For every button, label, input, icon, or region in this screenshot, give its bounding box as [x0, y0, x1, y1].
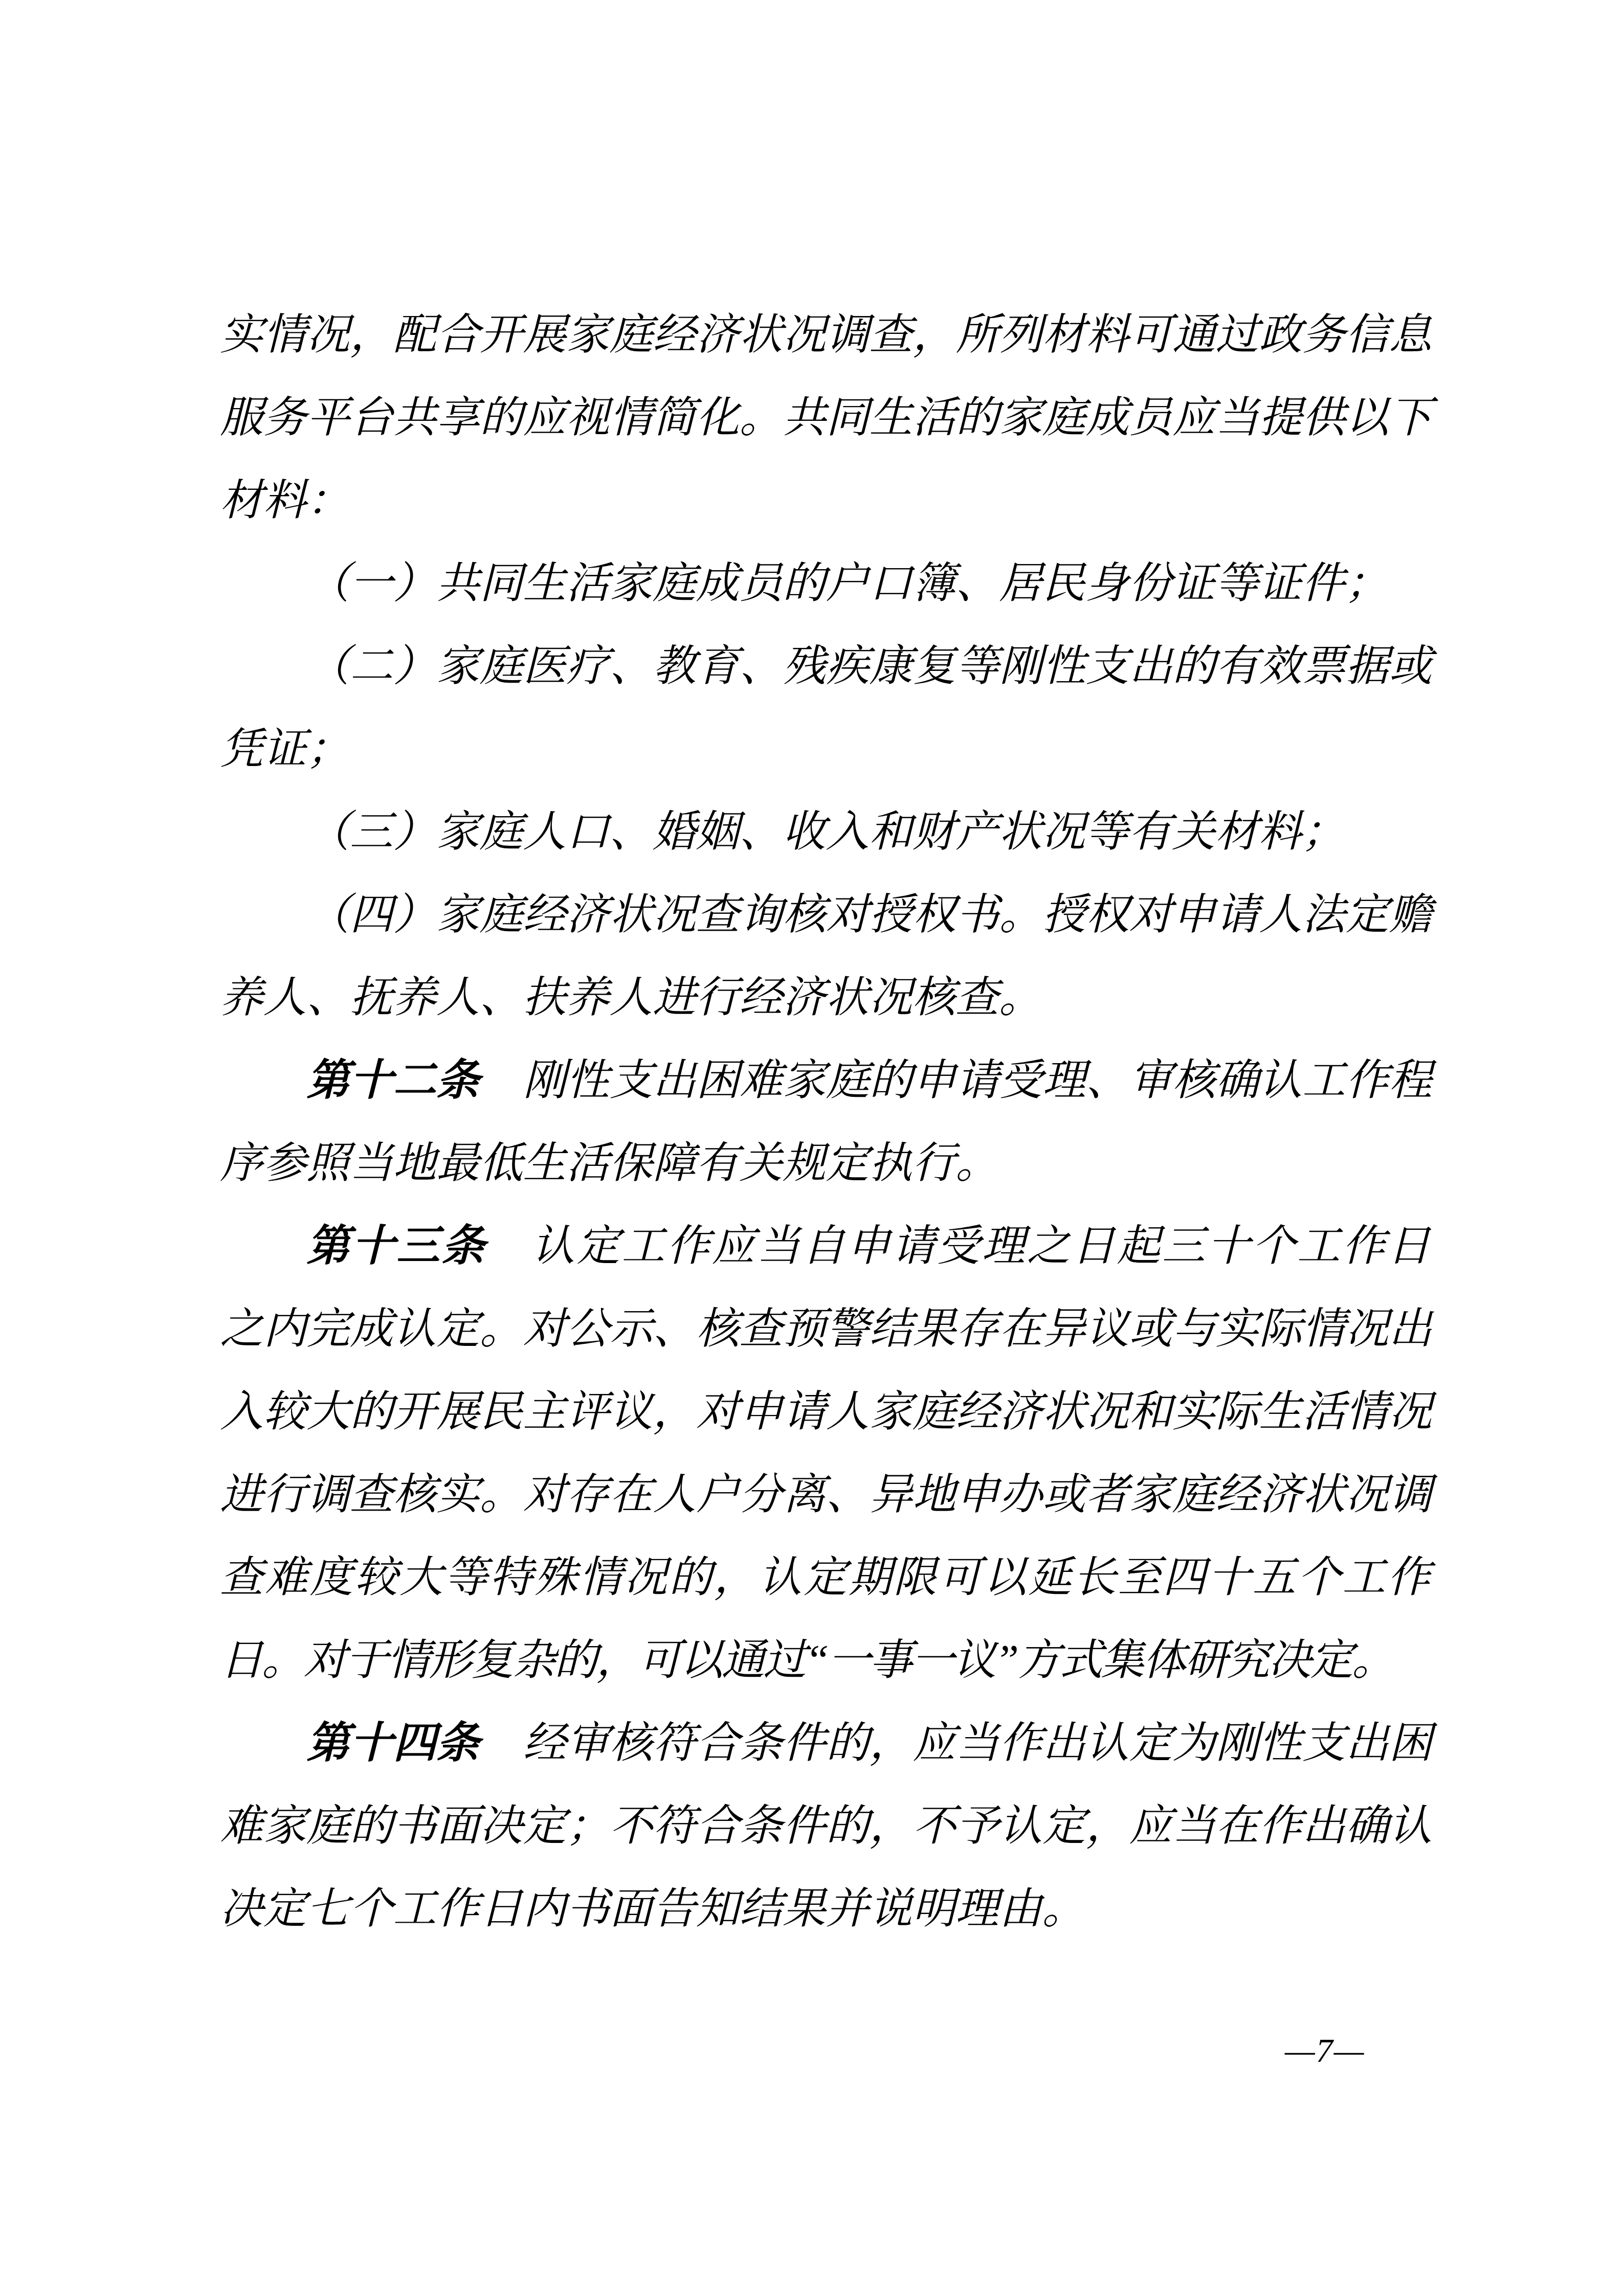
text-line: 决定七个工作日内书面告知结果并说明理由。	[220, 1868, 1437, 1951]
line-text: 进行调查核实。对存在人户分离、异地申办或者家庭经济状况调	[220, 1471, 1432, 1519]
text-line: 日。对于情形复杂的，可以通过“一事一议”方式集体研究决定。	[220, 1619, 1437, 1702]
line-text: 入较大的开展民主评议，对申请人家庭经济状况和实际生活情况	[220, 1388, 1432, 1436]
line-text: 凭证；	[220, 726, 350, 773]
text-line: 第十四条 经审核符合条件的，应当作出认定为刚性支出困	[220, 1702, 1437, 1785]
text-line: （四）家庭经济状况查询核对授权书。授权对申请人法定赡	[220, 874, 1437, 957]
text-line: 凭证；	[220, 708, 1437, 791]
line-text: 材料：	[220, 477, 350, 525]
line-text: 序参照当地最低生活保障有关规定执行。	[220, 1140, 999, 1187]
line-text: （二）家庭医疗、教育、残疾康复等刚性支出的有效票据或	[306, 643, 1432, 690]
text-line: 进行调查核实。对存在人户分离、异地申办或者家庭经济状况调	[220, 1454, 1437, 1537]
text-line: 入较大的开展民主评议，对申请人家庭经济状况和实际生活情况	[220, 1371, 1437, 1454]
text-line: （二）家庭医疗、教育、残疾康复等刚性支出的有效票据或	[220, 625, 1437, 708]
text-line: 之内完成认定。对公示、核查预警结果存在异议或与实际情况出	[220, 1288, 1437, 1371]
line-text: 认定工作应当自申请受理之日起三十个工作日	[486, 1223, 1432, 1270]
document-body: 实情况，配合开展家庭经济状况调查，所列材料可通过政务信息服务平台共享的应视情简化…	[220, 294, 1437, 1951]
line-text: 服务平台共享的应视情简化。共同生活的家庭成员应当提供以下	[220, 394, 1432, 442]
text-line: 第十二条 刚性支出困难家庭的申请受理、审核确认工作程	[220, 1040, 1437, 1122]
text-line: （一）共同生活家庭成员的户口簿、居民身份证等证件；	[220, 543, 1437, 625]
line-text: 难家庭的书面决定；不符合条件的，不予认定，应当在作出确认	[220, 1803, 1432, 1850]
text-line: 服务平台共享的应视情简化。共同生活的家庭成员应当提供以下	[220, 377, 1437, 460]
page-number: —7—	[1285, 2031, 1365, 2071]
line-text: 日。对于情形复杂的，可以通过“一事一议”方式集体研究决定。	[220, 1637, 1394, 1684]
text-line: 材料：	[220, 460, 1437, 543]
article-number: 第十四条	[306, 1720, 480, 1767]
text-line: 第十三条 认定工作应当自申请受理之日起三十个工作日	[220, 1205, 1437, 1288]
line-text: 之内完成认定。对公示、核查预警结果存在异议或与实际情况出	[220, 1305, 1432, 1353]
line-text: （四）家庭经济状况查询核对授权书。授权对申请人法定赡	[306, 891, 1432, 939]
line-text: 经审核符合条件的，应当作出认定为刚性支出困	[480, 1720, 1432, 1767]
line-text: （一）共同生活家庭成员的户口簿、居民身份证等证件；	[306, 560, 1388, 607]
text-line: 实情况，配合开展家庭经济状况调查，所列材料可通过政务信息	[220, 294, 1437, 377]
document-page: 实情况，配合开展家庭经济状况调查，所列材料可通过政务信息服务平台共享的应视情简化…	[0, 0, 1624, 2296]
text-line: 序参照当地最低生活保障有关规定执行。	[220, 1122, 1437, 1205]
line-text: 刚性支出困难家庭的申请受理、审核确认工作程	[480, 1057, 1432, 1105]
article-number: 第十二条	[306, 1057, 480, 1105]
line-text: 养人、抚养人、扶养人进行经济状况核查。	[220, 974, 1042, 1022]
article-number: 第十三条	[306, 1223, 486, 1270]
line-text: （三）家庭人口、婚姻、收入和财产状况等有关材料；	[306, 808, 1345, 856]
line-text: 实情况，配合开展家庭经济状况调查，所列材料可通过政务信息	[220, 311, 1432, 359]
text-line: （三）家庭人口、婚姻、收入和财产状况等有关材料；	[220, 791, 1437, 874]
text-line: 难家庭的书面决定；不符合条件的，不予认定，应当在作出确认	[220, 1785, 1437, 1868]
line-text: 查难度较大等特殊情况的，认定期限可以延长至四十五个工作	[220, 1554, 1432, 1602]
text-line: 养人、抚养人、扶养人进行经济状况核查。	[220, 957, 1437, 1040]
line-text: 决定七个工作日内书面告知结果并说明理由。	[220, 1885, 1085, 1933]
text-line: 查难度较大等特殊情况的，认定期限可以延长至四十五个工作	[220, 1537, 1437, 1619]
